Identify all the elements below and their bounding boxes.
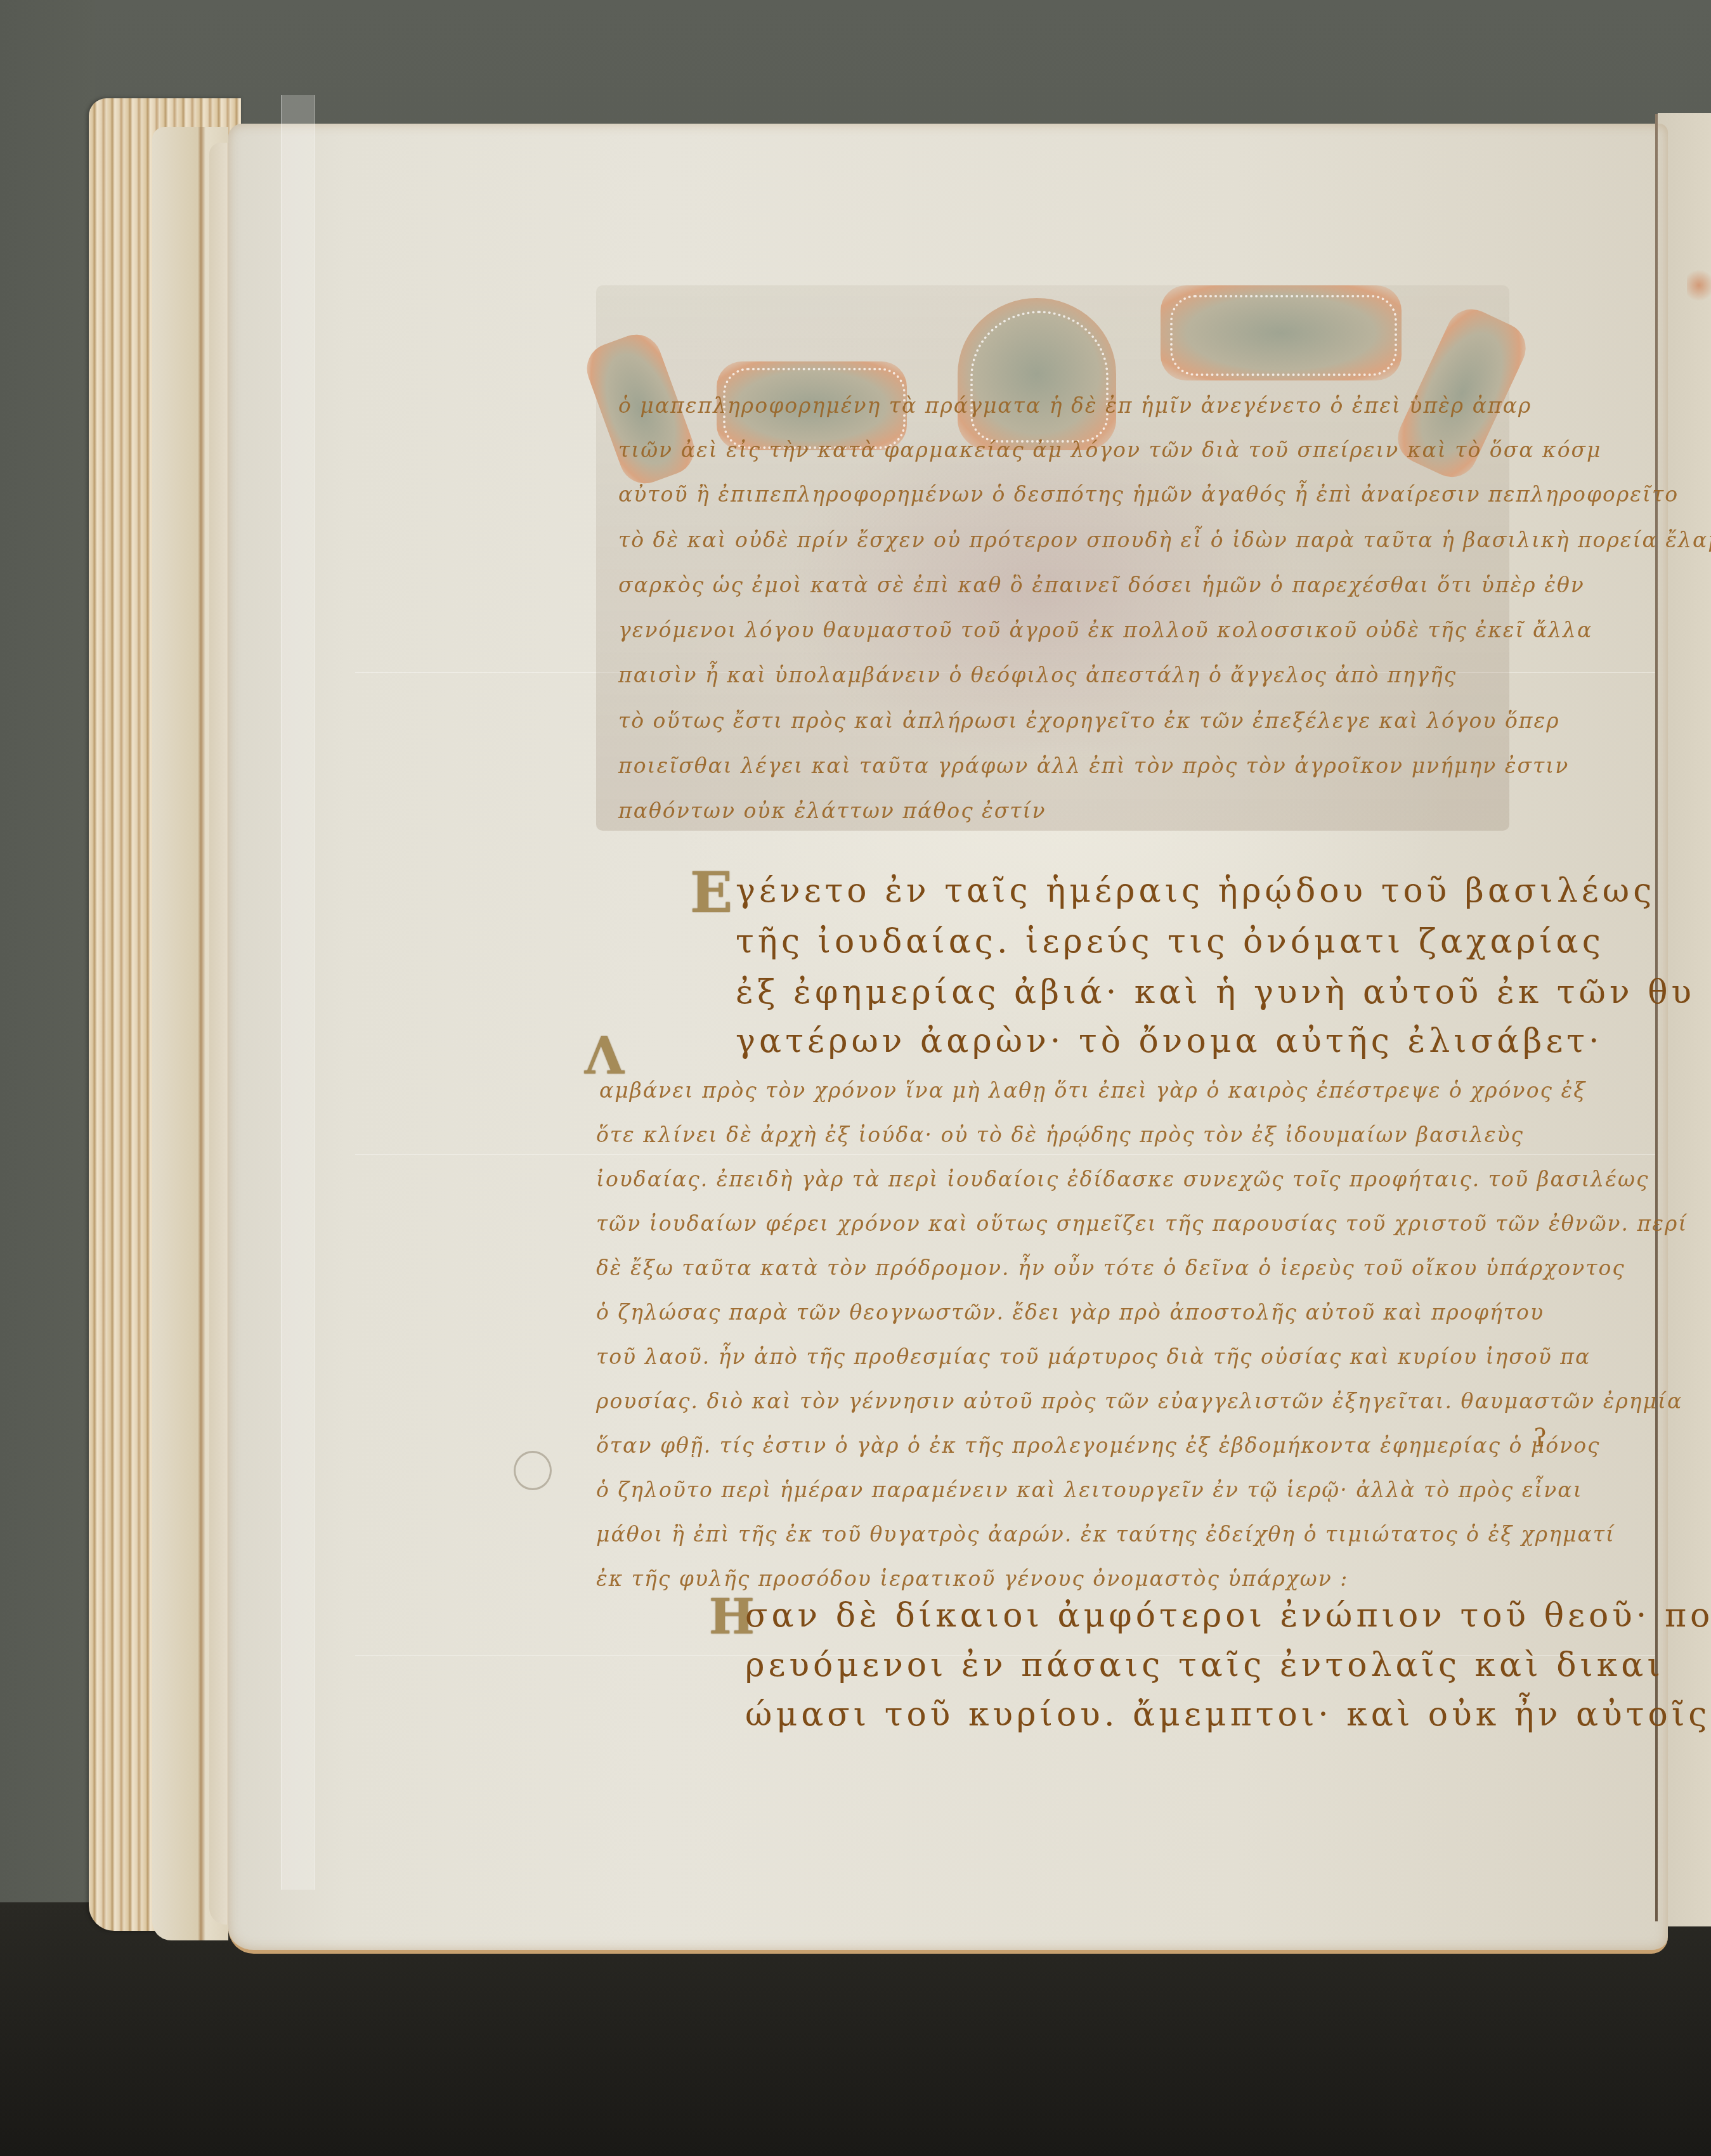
commentary-line: ὅτε κλίνει δὲ ἀρχὴ ἐξ ἰούδα· οὐ τὸ δὲ ἡρ… xyxy=(596,1122,1524,1147)
right-cartouche-pricking xyxy=(1170,295,1397,376)
commentary-line: ὁ ζηλοῦτο περὶ ἡμέραν παραμένειν καὶ λει… xyxy=(596,1477,1583,1502)
commentary-line: ποιεῖσθαι λέγει καὶ ταῦτα γράφων ἀλλ ἐπὶ… xyxy=(618,753,1569,778)
lemma-line: σαν δὲ δίκαιοι ἀμφότεροι ἐνώπιον τοῦ θεο… xyxy=(745,1597,1711,1635)
lemma-line: ἐξ ἐφημερίας ἀβιά· καὶ ἡ γυνὴ αὐτοῦ ἐκ τ… xyxy=(736,973,1695,1011)
lemma-line: τῆς ἰουδαίας. ἱερεύς τις ὀνόματι ζαχαρία… xyxy=(736,923,1604,961)
commentary-line: αὐτοῦ ἢ ἐπιπεπληροφορημένων ὁ δεσπότης ἡ… xyxy=(618,482,1679,507)
illuminated-headpiece xyxy=(596,285,1509,831)
lemma-line: γένετο ἐν ταῖς ἡμέραις ἡρῴδου τοῦ βασιλέ… xyxy=(736,872,1655,910)
lemma-line: γατέρων ἀαρὼν· τὸ ὄνομα αὐτῆς ἐλισάβετ· xyxy=(736,1022,1603,1060)
lemma-line: ρευόμενοι ἐν πάσαις ταῖς ἐντολαῖς καὶ δι… xyxy=(745,1646,1664,1684)
facing-page-stain xyxy=(1687,266,1711,304)
commentary-line: αμβάνει πρὸς τὸν χρόνον ἵνα μὴ λαθῃ ὅτι … xyxy=(599,1078,1586,1103)
commentary-line: γενόμενοι λόγου θαυμαστοῦ τοῦ ἀγροῦ ἐκ π… xyxy=(618,618,1592,642)
gold-initial-lambda: Λ xyxy=(585,1026,624,1086)
commentary-line: τιῶν ἀεὶ εἰς τὴν κατὰ φαρμακείας ἀμ λόγο… xyxy=(618,438,1602,462)
commentary-line: δὲ ἔξω ταῦτα κατὰ τὸν πρόδρομον. ἦν οὖν … xyxy=(596,1256,1625,1280)
commentary-line: σαρκὸς ὡς ἐμοὶ κατὰ σὲ ἐπὶ καθ ὃ ἐπαινεῖ… xyxy=(618,573,1585,597)
center-medallion-pricking xyxy=(970,311,1109,443)
commentary-line: ὅταν φθῇ. τίς ἐστιν ὁ γὰρ ὁ ἐκ τῆς προλε… xyxy=(596,1433,1601,1458)
commentary-line: ρουσίας. διὸ καὶ τὸν γέννησιν αὐτοῦ πρὸς… xyxy=(596,1389,1682,1413)
gold-initial-epsilon: Ε xyxy=(690,859,732,925)
commentary-line: ὁ ζηλώσας παρὰ τῶν θεογνωστῶν. ἔδει γὰρ … xyxy=(596,1300,1544,1325)
lemma-line: ώμασι τοῦ κυρίου. ἄμεμπτοι· καὶ οὐκ ἦν α… xyxy=(745,1696,1711,1734)
water-stain-ring xyxy=(514,1451,552,1490)
commentary-line: ἐκ τῆς φυλῆς προσόδου ἱερατικοῦ γένους ὀ… xyxy=(596,1566,1348,1591)
transparent-tape-strip xyxy=(281,95,315,1890)
commentary-line: παθόντων οὐκ ἐλάττων πάθος ἐστίν xyxy=(618,798,1046,823)
commentary-line: παισὶν ἦ καὶ ὑπολαμβάνειν ὁ θεόφιλος ἀπε… xyxy=(618,663,1457,687)
commentary-line: ὁ μαπεπληροφορημένη τὰ πράγματα ἡ δὲ ἐπ … xyxy=(618,393,1532,418)
commentary-line: τὸ δὲ καὶ οὐδὲ πρίν ἔσχεν οὐ πρότερον σπ… xyxy=(618,528,1711,552)
commentary-line: ἰουδαίας. ἐπειδὴ γὰρ τὰ περὶ ἰουδαίοις ἐ… xyxy=(596,1167,1649,1192)
marginal-bracket-mark: ʔ xyxy=(1533,1424,1547,1453)
background-left xyxy=(0,0,95,2156)
commentary-line: τοῦ λαοῦ. ἦν ἀπὸ τῆς προθεσμίας τοῦ μάρτ… xyxy=(596,1344,1591,1369)
commentary-line: μάθοι ἢ ἐπὶ τῆς ἐκ τοῦ θυγατρὸς ἀαρών. ἐ… xyxy=(596,1522,1615,1547)
ruling-line xyxy=(355,1154,1655,1155)
commentary-line: τῶν ἰουδαίων φέρει χρόνον καὶ οὕτως σημε… xyxy=(596,1211,1688,1236)
commentary-line: τὸ οὕτως ἔστι πρὸς καὶ ἀπλήρωσι ἐχορηγεῖ… xyxy=(618,708,1560,733)
